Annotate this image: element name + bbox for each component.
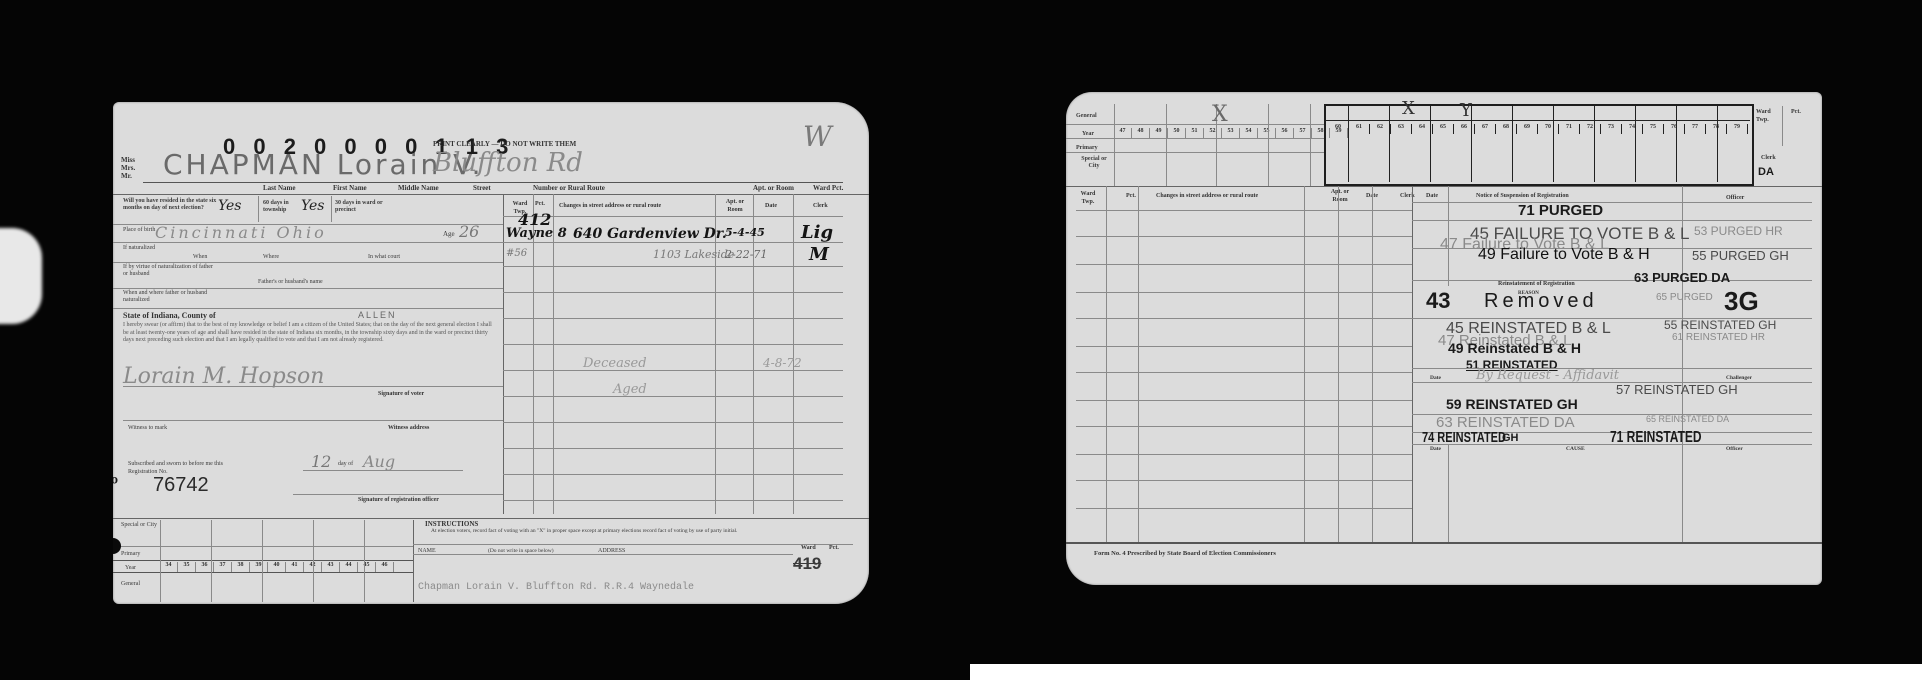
label-apt: Apt. or Room: [753, 184, 794, 192]
grid-label-general: General: [121, 580, 140, 588]
reinstatement-challenger-label: Challenger: [1726, 374, 1752, 382]
changes-header-pct: Pct.: [535, 200, 545, 208]
subscribed-month: Aug: [363, 452, 395, 471]
suspension-entry-53-hr: 53 PURGED HR: [1694, 224, 1783, 238]
reinstatement-65-da: 65 REINSTATED DA: [1646, 414, 1729, 424]
back-grid-label-year: Year: [1082, 130, 1094, 138]
changes-header-date: Date: [765, 202, 777, 210]
reinstatement-removed: Removed: [1484, 290, 1598, 313]
back-changes-header-ward: Ward Twp.: [1076, 190, 1100, 206]
year-77: 77: [1685, 124, 1706, 134]
instructions-title: INSTRUCTIONS: [425, 520, 478, 528]
label-last-name: Last Name: [263, 184, 295, 192]
registration-card-back: General Year Primary Special or City 47 …: [1066, 92, 1822, 585]
footer-ward-label: Ward: [801, 544, 816, 552]
reinstatement-officer-label: Officer: [1726, 445, 1743, 453]
suspension-entry-63-da: 63 PURGED DA: [1634, 270, 1730, 285]
year-53: 53: [1222, 128, 1240, 138]
registration-card-front: 0 0 2 0 0 0 0 1 1 3 PRINT CLEARLY — DO N…: [113, 102, 869, 604]
year-74: 74: [1622, 124, 1643, 134]
vote-mark-x-boxed-1: X: [1402, 98, 1415, 119]
suspension-entry-71-purged: 71 PURGED: [1518, 202, 1603, 219]
label-first-name: First Name: [333, 184, 367, 192]
back-changes-header-pct: Pct.: [1126, 192, 1136, 200]
changes-header-clerk: Clerk: [813, 202, 828, 210]
label-witness-address: Witness address: [388, 424, 429, 432]
year-46: 46: [376, 562, 394, 572]
vote-mark-x-boxed-2: Y: [1460, 100, 1472, 121]
year-47: 47: [1114, 128, 1132, 138]
changes-row3-date: 2-22-71: [725, 248, 767, 261]
label-day-of: day of: [338, 460, 353, 468]
label-when: When: [193, 253, 207, 261]
reinstatement-61-hr: 61 REINSTATED HR: [1672, 332, 1765, 343]
label-ward-pct: Ward Pct.: [813, 184, 843, 192]
label-court: In what court: [368, 253, 400, 261]
label-state-county: State of Indiana, County of: [123, 312, 216, 320]
label-father-naturalized: When and where father or husband natural…: [123, 290, 223, 304]
suspension-date-label: Date: [1426, 192, 1438, 200]
label-voter-signature: Signature of voter: [378, 390, 424, 398]
reinstatement-43: 43: [1426, 288, 1450, 314]
year-50: 50: [1168, 128, 1186, 138]
year-37: 37: [214, 562, 232, 572]
year-67: 67: [1475, 124, 1496, 134]
vote-mark-x: X: [1212, 102, 1228, 127]
suspension-entry-49: 49 Failure to Vote B & H: [1478, 246, 1650, 264]
back-year-row-right: 60 61 62 63 64 65 66 67 68 69 70 71 72 7…: [1328, 124, 1748, 134]
year-70: 70: [1538, 124, 1559, 134]
header-instruction: PRINT CLEARLY — DO NOT WRITE THEM: [433, 140, 576, 148]
back-grid-label-primary: Primary: [1076, 144, 1098, 152]
changes-row2-date: 5-4-45: [725, 226, 765, 239]
year-73: 73: [1601, 124, 1622, 134]
year-65: 65: [1433, 124, 1454, 134]
label-age: Age: [443, 230, 455, 238]
registration-number: 76742: [153, 474, 209, 497]
reinstatement-3g: 3G: [1724, 286, 1759, 317]
changes-row3-ward: #56: [506, 248, 527, 259]
changes-header-apt: Apt. or Room: [719, 198, 751, 214]
left-year-row: 34 35 36 37 38 39 40 41 42 43 44 45 46: [160, 562, 394, 572]
label-subscribed: Subscribed and sworn to before me this: [128, 460, 223, 468]
suspension-entry-55-gh: 55 PURGED GH: [1692, 248, 1789, 263]
title-miss: Miss: [121, 156, 135, 164]
year-60: 60: [1328, 124, 1349, 134]
punch-hole: [113, 538, 121, 554]
residence-answer-state: Yes: [218, 198, 242, 214]
year-54: 54: [1240, 128, 1258, 138]
label-middle-name: Middle Name: [398, 184, 439, 192]
number-sign: Nº: [113, 472, 118, 498]
residence-answer-township: Yes: [301, 198, 325, 214]
label-virtue-naturalization: If by virtue of naturalization of father…: [123, 264, 218, 278]
residence-question-ward: 30 days in ward or precinct: [335, 200, 395, 214]
year-62: 62: [1370, 124, 1391, 134]
footer-typed-name-address: Chapman Lorain V. Bluffton Rd. R.R.4 Way…: [418, 582, 694, 593]
year-45: 45: [358, 562, 376, 572]
year-69: 69: [1517, 124, 1538, 134]
label-where: Where: [263, 253, 279, 261]
year-38: 38: [232, 562, 250, 572]
label-father-name: Father's or husband's name: [258, 278, 323, 286]
year-75: 75: [1643, 124, 1664, 134]
residence-question-state: Will you have resided in the state six m…: [123, 198, 218, 212]
changes-header-address: Changes in street address or rural route: [559, 202, 661, 210]
year-72: 72: [1580, 124, 1601, 134]
age-value: 26: [459, 222, 479, 241]
year-56: 56: [1276, 128, 1294, 138]
back-ward-label: Ward Twp.: [1756, 108, 1778, 124]
back-grid-label-general: General: [1076, 112, 1097, 120]
changes-row4-address: Deceased: [583, 356, 647, 371]
suspension-entry-65: 65 PURGED: [1656, 292, 1713, 303]
label-street: Street: [473, 184, 491, 192]
reinstatement-63-da: 63 REINSTATED DA: [1436, 414, 1575, 431]
suspension-officer-label: Officer: [1726, 194, 1744, 202]
grid-label-primary: Primary: [121, 550, 140, 558]
reinstatement-59-gh: 59 REINSTATED GH: [1446, 396, 1578, 412]
back-clerk-initials: DA: [1758, 166, 1774, 178]
year-55: 55: [1258, 128, 1276, 138]
grid-label-year: Year: [125, 564, 136, 572]
reinstatement-55-gh: 55 REINSTATED GH: [1664, 318, 1776, 332]
year-51: 51: [1186, 128, 1204, 138]
corner-scribble: W: [803, 120, 832, 153]
changes-row4-date: 4-8-72: [763, 356, 802, 370]
label-officer-signature: Signature of registration officer: [358, 496, 439, 504]
label-number-rural: Number or Rural Route: [533, 184, 605, 192]
year-76: 76: [1664, 124, 1685, 134]
reinstatement-date-label: Date: [1430, 374, 1441, 382]
reinstatement-57-gh: 57 REINSTATED GH: [1616, 382, 1738, 397]
instructions-text: At election voters, record fact of votin…: [431, 528, 841, 535]
label-if-naturalized: If naturalized: [123, 244, 158, 252]
scan-artifact-blob: [0, 228, 42, 324]
county-value: ALLEN: [358, 310, 397, 320]
footer-pct-label: Pct.: [829, 544, 839, 552]
footer-ward-value: 419: [793, 554, 821, 574]
year-48: 48: [1132, 128, 1150, 138]
changes-row2-ward: Wayne 8: [506, 226, 567, 241]
reinstatement-74-gh: GH: [1502, 432, 1519, 444]
place-of-birth-value: Cincinnati Ohio: [155, 223, 327, 242]
oath-text: I hereby swear (or affirm) that to the b…: [123, 322, 498, 345]
year-44: 44: [340, 562, 358, 572]
title-mrs: Mrs.: [121, 164, 135, 172]
year-61: 61: [1349, 124, 1370, 134]
changes-row5-address: Aged: [613, 382, 647, 397]
form-footer: Form No. 4 Prescribed by State Board of …: [1094, 550, 1276, 558]
back-pct-label: Pct.: [1791, 108, 1801, 116]
year-63: 63: [1391, 124, 1412, 134]
voter-address-handwritten: Bluffton Rd: [433, 148, 583, 178]
changes-row2-clerk: Lig: [801, 222, 833, 243]
back-changes-header-address: Changes in street address or rural route: [1156, 192, 1258, 200]
changes-row2-address: 640 Gardenview Dr.: [573, 226, 727, 242]
year-43: 43: [322, 562, 340, 572]
year-39: 39: [250, 562, 268, 572]
reinstatement-title: Reinstatement of Registration: [1498, 280, 1575, 288]
reinstatement-49: 49 Reinstated B & H: [1448, 340, 1581, 356]
grid-label-special: Special or City: [121, 522, 157, 529]
title-mr: Mr.: [121, 172, 132, 180]
back-clerk-label: Clerk: [1761, 154, 1776, 162]
changes-row3-address: 1103 Lakeside: [653, 248, 734, 261]
year-79: 79: [1727, 124, 1748, 134]
back-year-row-left: 47 48 49 50 51 52 53 54 55 56 57 58 59: [1114, 128, 1348, 138]
reinstatement-cause-label: CAUSE: [1566, 445, 1585, 453]
changes-row3-clerk: M: [809, 244, 829, 265]
year-40: 40: [268, 562, 286, 572]
year-68: 68: [1496, 124, 1517, 134]
scan-border-strip: [970, 664, 1922, 680]
year-71: 71: [1559, 124, 1580, 134]
year-52: 52: [1204, 128, 1222, 138]
reinstatement-date-label-2: Date: [1430, 445, 1441, 453]
back-grid-label-special: Special or City: [1078, 156, 1110, 170]
year-41: 41: [286, 562, 304, 572]
label-witness-mark: Witness to mark: [128, 424, 167, 432]
year-34: 34: [160, 562, 178, 572]
residence-question-township: 60 days in township: [263, 200, 303, 214]
label-place-of-birth: Place of birth: [123, 226, 158, 234]
subscribed-day: 12: [311, 452, 331, 471]
year-35: 35: [178, 562, 196, 572]
back-changes-header-apt: Apt. or Room: [1328, 188, 1352, 204]
reinstatement-handwritten-reason: By Request - Affidavit: [1476, 368, 1619, 383]
suspension-title: Notice of Suspension of Registration: [1476, 192, 1569, 200]
